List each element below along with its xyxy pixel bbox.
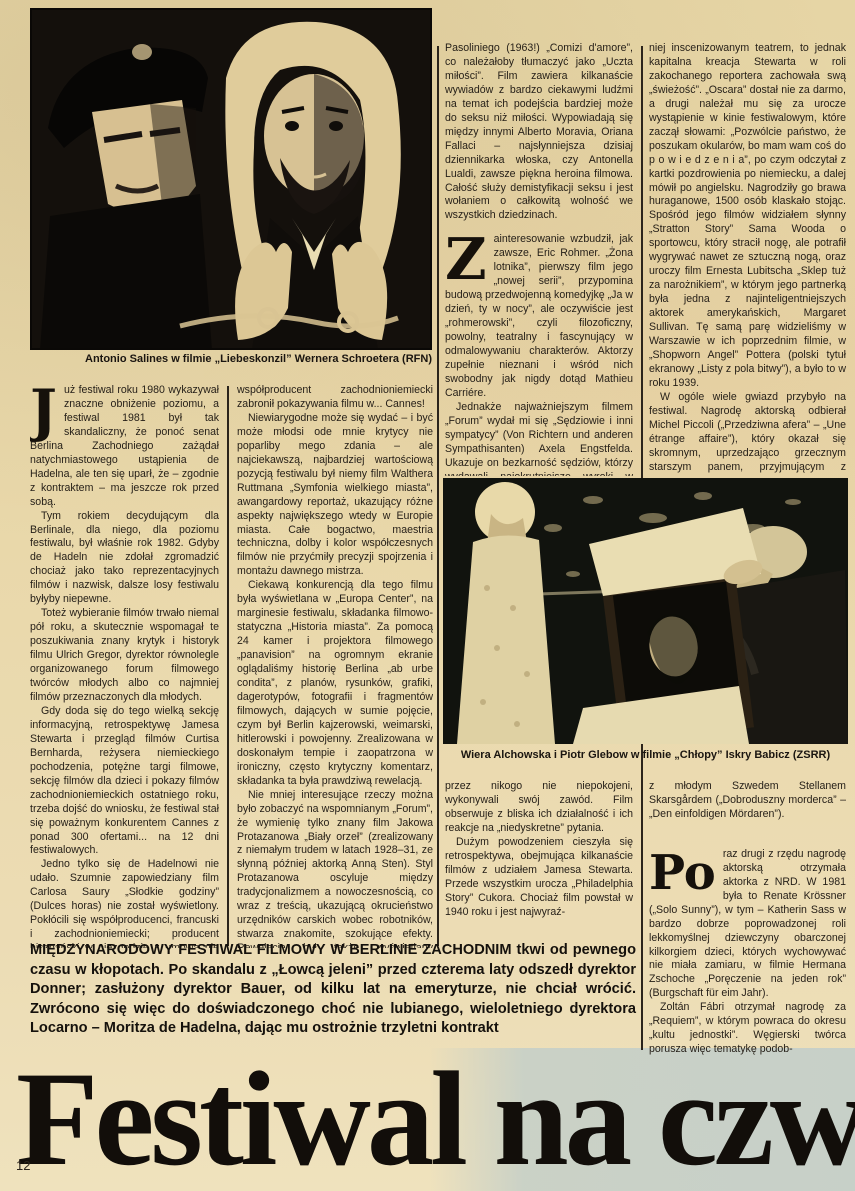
top-photo — [30, 8, 432, 350]
top-photo-illustration — [30, 8, 432, 350]
body-paragraph: Gdy doda się do tego wielką sekcję infor… — [30, 705, 219, 858]
column-3-top: Pasoliniego (1963!) „Comizi d'amore”, co… — [445, 42, 633, 476]
column-1: Już festiwal roku 1980 wykazywał znaczne… — [30, 384, 219, 948]
body-paragraph: W ogóle wiele gwiazd przybyło na festiwa… — [649, 391, 846, 476]
page-number: 12 — [16, 1158, 30, 1173]
body-paragraph: współproducent zachodnioniemiecki zabron… — [237, 384, 433, 412]
body-paragraph: Już festiwal roku 1980 wykazywał znaczne… — [30, 384, 219, 510]
body-paragraph: przez nikogo nie niepokojeni, wykonywali… — [445, 780, 633, 836]
middle-photo-illustration — [443, 478, 848, 744]
body-paragraph: Tym rokiem decydującym dla Berlinale, dl… — [30, 510, 219, 608]
body-paragraph: Poraz drugi z rzędu nagrodę aktorską otr… — [649, 848, 846, 1001]
article-headline: Festiwal na czw — [16, 1066, 855, 1174]
middle-photo-caption: Wiera Alchowska i Piotr Glebow w filmie … — [443, 749, 848, 762]
body-paragraph: Pasoliniego (1963!) „Comizi d'amore”, co… — [445, 42, 633, 223]
body-paragraph: Toteż wybieranie filmów trwało niemal pó… — [30, 607, 219, 705]
magazine-page: Antonio Salines w filmie „Liebeskonzil” … — [0, 0, 855, 1191]
dropcap-Z: Z — [445, 233, 494, 282]
body-paragraph: Dużym powodzeniem cieszyła się retrospek… — [445, 836, 633, 920]
column-2: współproducent zachodnioniemiecki zabron… — [237, 384, 433, 948]
column-3-bottom: przez nikogo nie niepokojeni, wykonywali… — [445, 780, 633, 950]
dropcap-Po: Po — [649, 848, 723, 893]
body-paragraph: Zainteresowanie wzbudził, jak zawsze, Er… — [445, 233, 633, 400]
body-paragraph: Nie mniej interesujące rzeczy można było… — [237, 789, 433, 948]
middle-photo — [443, 478, 848, 744]
body-paragraph: Ciekawą konkurencją dla tego filmu była … — [237, 579, 433, 788]
column-divider — [437, 46, 439, 946]
dropcap-J: J — [30, 384, 64, 433]
column-4-top: niej inscenizowanym teatrem, to jednak k… — [649, 42, 846, 476]
body-paragraph: Niewiarygodne może się wydać – i być moż… — [237, 412, 433, 579]
body-paragraph: niej inscenizowanym teatrem, to jednak k… — [649, 42, 846, 391]
top-photo-caption: Antonio Salines w filmie „Liebeskonzil” … — [30, 353, 432, 366]
column-4-bottom: z młodym Szwedem Stellanem Skarsgårdem (… — [649, 780, 846, 1076]
column-divider — [227, 386, 229, 946]
body-paragraph: Jednakże najważniejszym filmem „Forum” w… — [445, 401, 633, 476]
body-paragraph: Jedno tylko się de Hadelnowi nie udało. … — [30, 858, 219, 948]
article-lead-paragraph: MIĘDZYNARODOWY FESTIWAL FILMOWY W BERLIN… — [30, 941, 636, 1039]
body-paragraph: z młodym Szwedem Stellanem Skarsgårdem (… — [649, 780, 846, 822]
